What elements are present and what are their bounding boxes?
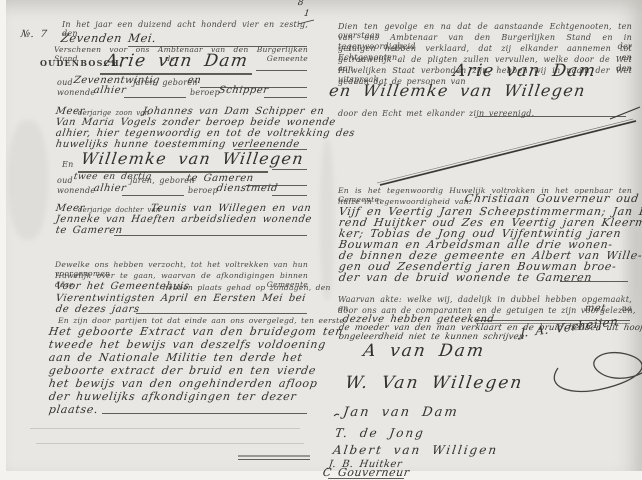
- printed-beroep-2: beroep: [188, 186, 218, 195]
- signature-witness-de-jong: T. de Jong: [334, 427, 426, 440]
- blank-rule: [122, 195, 184, 196]
- documents-line-1: Het geboorte Extract van den bruidegom t…: [48, 326, 344, 338]
- documents-line-7: plaatse.: [48, 404, 99, 416]
- pen-tick: [334, 414, 339, 416]
- printed-oud-2: oud: [57, 176, 73, 185]
- printed-meerderjarige-zoon: derjarige zoon van: [78, 109, 149, 117]
- printed-oud: oud: [57, 78, 73, 87]
- folio-mark-top: 8: [297, 0, 305, 9]
- banns-dates-line-1: Vierentwintigsten April en Eersten Mei b…: [55, 293, 307, 304]
- printed-banns: hebben plaats gehad op zondagen, den: [163, 284, 331, 293]
- blank-rule: [272, 169, 307, 170]
- documents-line-6: der huwelijks afkondigingen ter dezer: [48, 391, 297, 403]
- groom-birth-entry: en: [187, 75, 202, 86]
- bleed-mark: [8, 120, 48, 240]
- groom-parents-line-3: alhier, hier tegenwoordig en tot de volt…: [55, 128, 356, 139]
- signature-witness-jan-van-dam: Jan van Dam: [342, 406, 460, 420]
- closing-double-rule: [238, 459, 310, 460]
- bride-residence-entry: alhier: [93, 183, 127, 194]
- blank-rule: [264, 97, 307, 98]
- printed-en: En: [62, 160, 74, 169]
- witness-line-8: der van de bruid wonende te Gameren: [338, 272, 593, 284]
- folio-mark-bottom: 1: [303, 10, 311, 20]
- blank-rule: [272, 195, 307, 196]
- printed-beroep: beroep: [190, 88, 220, 97]
- bride-name-entry: Willemke van Willegen: [80, 150, 305, 168]
- documents-line-2: tweede het bewijs van deszelfs voldoenin…: [48, 339, 327, 351]
- act-number: №. 7: [20, 29, 48, 40]
- documents-line-4: geboorte extract der bruid en ten vierde: [48, 365, 317, 377]
- blank-rule: [136, 313, 307, 314]
- registrar-signature-flourish: [554, 353, 642, 392]
- signature-registrar: J. A. Verheijen: [520, 315, 619, 340]
- bride-parents-line-3: te Gameren: [55, 225, 123, 236]
- bride-parents-line-1: Teunis van Willegen en van: [150, 203, 312, 214]
- akte-met-entry: met: [584, 303, 606, 314]
- groom-name-entry: Arie van Dam: [104, 52, 250, 71]
- groom-residence-entry: alhier: [93, 85, 127, 96]
- blank-rule: [102, 413, 307, 414]
- signature-bride: W. Van Willegen: [344, 374, 525, 393]
- printed-meerderjarige-dochter: derjarige dochter van: [78, 206, 160, 214]
- signature-witness-gouverneur: C Gouverneur: [322, 467, 410, 479]
- couple-bride-name: en Willemke van Willegen: [328, 82, 587, 100]
- document-scan: 8 1 №. 7 In het jaar een duizend acht ho…: [0, 0, 642, 480]
- documents-line-5: het bewijs van den ongehinderden afloop: [48, 378, 318, 390]
- bride-occupation-entry: dienstmeid: [216, 183, 279, 194]
- blank-rule: [124, 97, 186, 98]
- printed-wonende: wonende: [57, 88, 95, 97]
- signature-groom: A van Dam: [362, 342, 486, 361]
- date-entry: Zevenden Mei.: [60, 32, 157, 45]
- blank-rule: [114, 235, 307, 236]
- bride-parents-line-2: Jenneke van Haeften arbeidslieden wonend…: [55, 214, 313, 225]
- diagonal-stroke: [380, 121, 636, 185]
- witness-line-1: Christiaan Gouverneur oud: [464, 193, 640, 205]
- bleed-mark: [320, 140, 334, 300]
- documents-line-3: aan de Nationale Militie ten derde het: [48, 352, 303, 364]
- groom-occupation-entry: Schipper: [218, 85, 269, 96]
- printed-wonende-2: wonende: [57, 186, 95, 195]
- printed-united-line: door den Echt met elkander zijn vereenig…: [338, 109, 534, 118]
- faint-rule: [36, 443, 304, 444]
- groom-parents-line-1: Johannes van Dam Schipper en: [142, 106, 325, 117]
- couple-groom-name: Arie van Dam: [452, 62, 598, 81]
- scan-edge-left: [0, 0, 6, 480]
- groom-parents-line-2: Van Maria Vogels zonder beroep beide won…: [55, 117, 336, 128]
- faint-rule: [30, 428, 300, 429]
- banns-dates-line-2: de dezes jaars: [55, 304, 140, 315]
- blank-rule: [256, 70, 307, 71]
- diagonal-stroke-thin: [377, 119, 633, 183]
- pen-flourish: [610, 107, 640, 119]
- signature-witness-van-willigen: Albert van Willigen: [332, 444, 499, 457]
- closing-double-rule: [238, 455, 310, 457]
